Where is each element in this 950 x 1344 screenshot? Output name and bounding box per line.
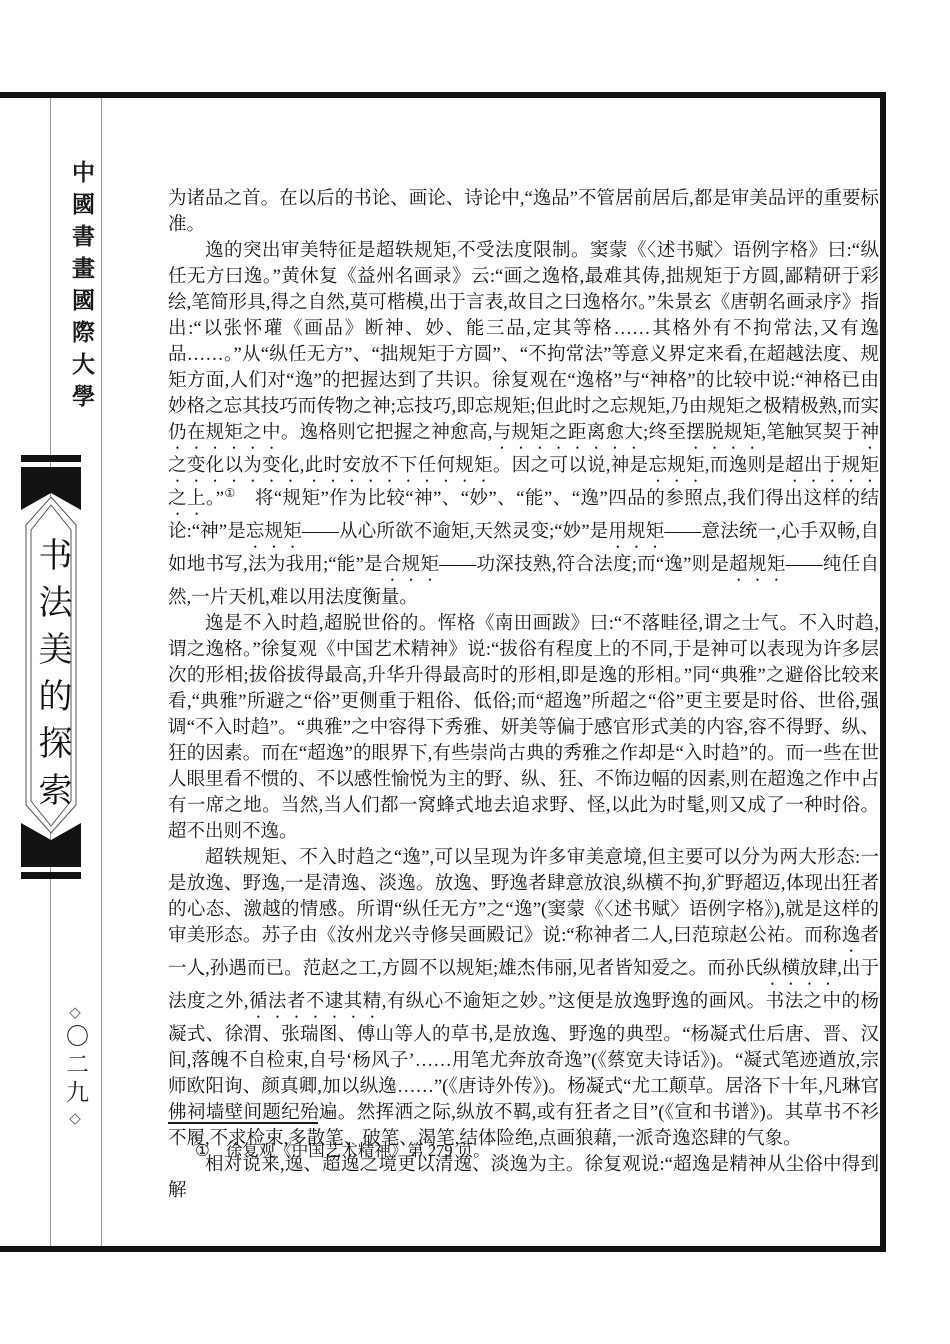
emphasized-text: 摆脱规矩 bbox=[686, 423, 761, 443]
emphasized-text: 忘规矩 bbox=[648, 456, 704, 476]
text-run: 逸的突出审美特征是超轶规矩,不受法度限制。窦蒙《〈述书赋〉语例字格》曰:“纵任无… bbox=[168, 241, 879, 417]
text-run: 超轶规矩、不入时趋之“逸”,可以呈现为许多审美意境,但主要可以分为两大形态:一是… bbox=[168, 848, 879, 946]
emphasized-text: 逸 bbox=[842, 926, 861, 946]
page-number-block: ◇ 〇二九 ◇ bbox=[55, 1002, 95, 1130]
emphasized-text: 忘规矩 bbox=[246, 522, 302, 542]
text-run: ——从心所欲不逾矩,天然灵变;“妙”是 bbox=[302, 522, 609, 542]
text-run: 。逸格则它把握之神愈高, bbox=[281, 423, 493, 443]
emphasized-text: 纵横放肆 bbox=[763, 959, 837, 979]
emphasized-text: 与规矩之距离愈大 bbox=[492, 423, 643, 443]
text-run: 。” bbox=[206, 489, 224, 509]
text-run: 逸是不入时趋,超脱世俗的。恽格《南田画跋》曰:“不落畦径,谓之士气。不入时趋,谓… bbox=[168, 614, 879, 842]
footnote-text: 徐复观《中国艺术精神》第 279 页。 bbox=[226, 1141, 490, 1160]
text-run: ,笔触冥契于 bbox=[761, 423, 860, 443]
page-number: 〇二九 bbox=[55, 1024, 95, 1108]
diamond-ornament-top: ◇ bbox=[69, 1002, 81, 1024]
emphasized-text: 用规矩 bbox=[608, 522, 664, 542]
diamond-ornament-bottom: ◇ bbox=[69, 1108, 81, 1130]
frame-right-border bbox=[880, 92, 886, 1252]
text-run: 。因之可以说,神是 bbox=[493, 456, 649, 476]
emphasized-text: 超规矩 bbox=[729, 555, 785, 575]
article-text: 为诸品之首。在以后的书论、画论、诗论中,“逸品”不管居前居后,都是审美品评的重要… bbox=[168, 186, 879, 1204]
footnote: ①徐复观《中国艺术精神》第 279 页。 bbox=[168, 1140, 868, 1162]
emphasized-text: 循法者不逮其精 bbox=[249, 992, 382, 1012]
footnote-reference: ① bbox=[224, 486, 236, 500]
spine-university-title: 中國書畫國際大學 bbox=[52, 148, 98, 428]
emphasized-text: 合规矩 bbox=[383, 555, 439, 575]
emphasized-text: 仍在规矩之中 bbox=[168, 423, 281, 443]
book-page: { "spine": { "vertical_title": "中國書畫國際大學… bbox=[0, 0, 950, 1344]
text-run: ;终至 bbox=[643, 423, 686, 443]
paragraph: 逸是不入时趋,超脱世俗的。恽格《南田画跋》曰:“不落畦径,谓之士气。不入时趋,谓… bbox=[168, 611, 879, 845]
book-title-banner: 书法美的探索 bbox=[21, 455, 81, 879]
spine-divider-line-inner bbox=[101, 98, 102, 1246]
footnote-divider bbox=[168, 1122, 318, 1124]
text-run: ,而逸则是 bbox=[705, 456, 785, 476]
frame-bottom-border bbox=[0, 1246, 886, 1252]
book-title-vertical: 书法美的探索 bbox=[21, 513, 81, 843]
paragraph: 逸的突出审美特征是超轶规矩,不受法度限制。窦蒙《〈述书赋〉语例字格》曰:“纵任无… bbox=[168, 238, 879, 611]
text-run: ——功深技熟,符合法度;而“逸”则是 bbox=[439, 555, 729, 575]
paragraph: 为诸品之首。在以后的书论、画论、诗论中,“逸品”不管居前居后,都是审美品评的重要… bbox=[168, 186, 879, 238]
text-run: ,有纵心不逾矩之妙。”这便是放逸野逸的画风。书法之中的杨凝式、徐渭、张瑞图、傅山… bbox=[168, 992, 879, 1149]
frame-top-border bbox=[0, 92, 886, 98]
text-run: 为诸品之首。在以后的书论、画论、诗论中,“逸品”不管居前居后,都是审美品评的重要… bbox=[168, 189, 879, 235]
emphasized-text: 此时安放不下任何规矩 bbox=[304, 456, 493, 476]
footnote-marker: ① bbox=[195, 1141, 210, 1160]
paragraph: 超轶规矩、不入时趋之“逸”,可以呈现为许多审美意境,但主要可以分为两大形态:一是… bbox=[168, 845, 879, 1152]
